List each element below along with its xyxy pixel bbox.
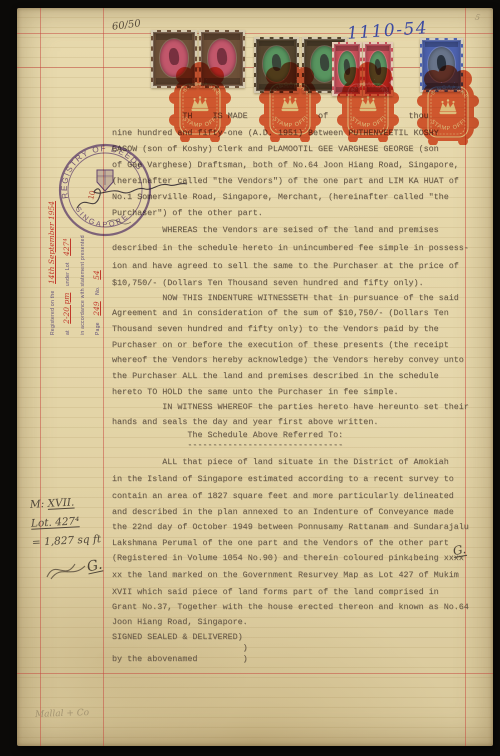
typed-line: whereof the Vendors hereby acknowledge) … xyxy=(112,355,464,365)
typed-line: Purchaser on or before the execution of … xyxy=(112,340,449,350)
typed-line: The Schedule Above Referred To: xyxy=(112,430,343,440)
typed-line: and described in the plan annexed to an … xyxy=(112,507,454,517)
stamp-office-seal: SINGAPORE STAMP OFFICE xyxy=(416,65,480,145)
typed-line: the Purchaser ALL the land and premises … xyxy=(112,371,439,381)
registration-number-handwriting: 54 xyxy=(92,270,101,280)
signature-flourish xyxy=(45,554,89,584)
typed-line: hands and seals the day and year first a… xyxy=(112,417,378,427)
typed-line: by the abovenamed ) xyxy=(112,654,248,664)
typed-line: ------------------------------- xyxy=(112,440,343,450)
registration-page-handwriting: 249 xyxy=(92,301,101,315)
typed-line: $10,750/- (Dollars Ten Thousand seven hu… xyxy=(112,278,424,288)
law-firm-pencil-note: Mallal + Co xyxy=(35,708,89,720)
typed-line: ion and have agreed to sell the same to … xyxy=(112,261,459,271)
registration-lot-handwriting: 427⁴ xyxy=(62,239,71,256)
typed-line: xx the land marked on the Government Res… xyxy=(112,570,459,580)
margin-note-value: XVII. xyxy=(47,497,74,510)
crown-icon xyxy=(282,96,299,111)
margin-initial: G. xyxy=(86,557,104,576)
margin-note-label: M: xyxy=(30,498,45,511)
registration-date-handwriting: 14th September 1954 xyxy=(47,201,56,284)
typed-line: IN WITNESS WHEREOF the parties hereto ha… xyxy=(112,402,469,412)
registration-note-line: Page 249 No. 54 xyxy=(89,185,104,335)
typed-superscript-lot-digit: 4 xyxy=(408,555,413,564)
typed-line: Grant No.37, Together with the house ere… xyxy=(112,602,469,612)
typed-line: Agreement and in consideration of the su… xyxy=(112,308,449,318)
typed-line: the 22nd day of October 1949 between Pon… xyxy=(112,522,469,532)
registration-printed-text: Page xyxy=(95,322,101,335)
registration-time-handwriting: 2-20 pm xyxy=(62,293,71,324)
typed-line: hereto TO HOLD the same unto the Purchas… xyxy=(112,387,398,397)
checker-initial: G. xyxy=(452,542,467,558)
registration-note-line: in accordance with statement presented xyxy=(74,185,89,335)
registration-note: Registered on the 14th September 1954 at… xyxy=(44,185,88,335)
typed-line: Lakshmana Perumal of the one part and th… xyxy=(112,538,449,548)
crown-icon xyxy=(360,96,377,111)
deed-paper: TH IS MADE of thounine hundred and fifty… xyxy=(17,8,493,746)
surveyor-margin-notes: M: XVII. Lot. 427⁴ = 1,827 sq ft xyxy=(30,492,102,553)
typed-line: ALL that piece of land situate in the Di… xyxy=(112,457,449,467)
bottom-redline xyxy=(17,673,493,674)
document-scan: TH IS MADE of thounine hundred and fifty… xyxy=(0,0,500,756)
registration-note-line: at 2-20 pm under Lot 427⁴ xyxy=(59,185,74,335)
registration-printed-text: No. xyxy=(95,286,101,295)
registration-printed-text: at xyxy=(65,330,71,335)
crown-icon xyxy=(440,99,457,114)
margin-note-area: = 1,827 sq ft xyxy=(32,530,102,553)
registration-printed-text: under Lot xyxy=(65,262,71,286)
typed-line: Joon Hiang Road, Singapore. xyxy=(112,617,248,627)
typed-line: contain an area of 1827 square feet and … xyxy=(112,491,454,501)
stamp-office-seal: SINGAPORE STAMP OFFICE xyxy=(336,62,400,142)
typed-line: SIGNED SEALED & DELIVERED) xyxy=(112,632,243,642)
crown-icon xyxy=(192,96,209,111)
typed-line: Thousand seven hundred and fifty only) t… xyxy=(112,324,439,334)
stamp-office-seal: SINGAPORE STAMP OFFICE xyxy=(258,62,322,142)
typed-line: ) xyxy=(112,643,248,653)
typed-line: in the Island of Singapore estimated acc… xyxy=(112,474,454,484)
left-margin-redline xyxy=(40,8,41,746)
typed-line: NOW THIS INDENTURE WITNESSETH that in pu… xyxy=(112,293,459,303)
typed-line: XVII which said piece of land forms part… xyxy=(112,587,439,597)
inner-margin-redline xyxy=(103,8,104,746)
stamp-office-seal: SINGAPORE STAMP OFFICE xyxy=(168,62,232,142)
